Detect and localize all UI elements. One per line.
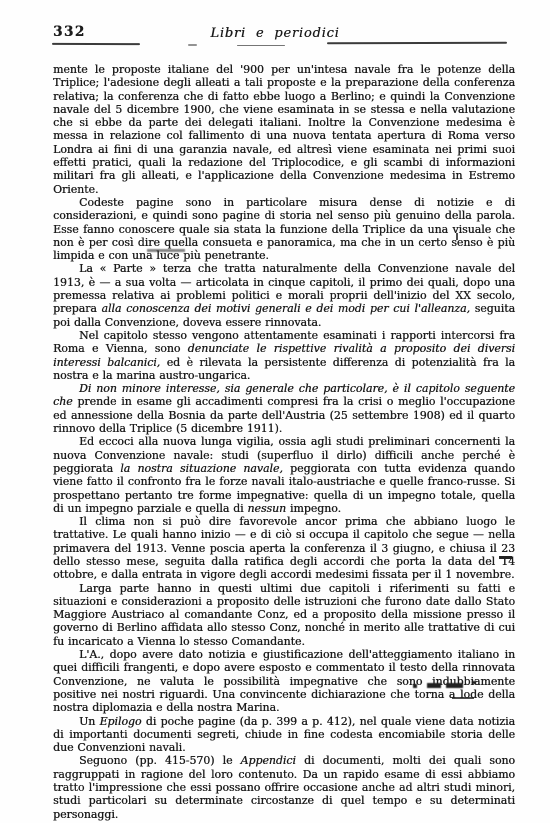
paragraph-text: Larga parte hanno in questi ultimi due c… xyxy=(53,582,515,648)
scan-artifact-overline xyxy=(452,697,474,699)
scan-artifact-dot xyxy=(413,684,417,688)
paragraph-text: Epilogo xyxy=(99,715,141,728)
paragraph: Il clima non si può dire favorevole anco… xyxy=(53,515,515,581)
paragraph-text: impegno. xyxy=(286,502,341,515)
paragraph: Nel capitolo stesso vengono attentamente… xyxy=(53,329,515,382)
scan-artifact-smear xyxy=(147,249,185,252)
paragraph-text: Un xyxy=(79,715,99,728)
paragraph-text: nessun xyxy=(247,502,286,515)
header-title-underline xyxy=(237,45,285,46)
paragraph-text: la nostra situazione navale, xyxy=(120,462,283,475)
page-body: mente le proposte italiane del '900 per … xyxy=(53,63,515,821)
paragraph-text: prende in esame gli accadimenti compresi… xyxy=(53,395,515,435)
paragraph: Ed eccoci alla nuova lunga vigilia, ossi… xyxy=(53,435,515,515)
running-header-title: Libri e periodici xyxy=(0,26,550,41)
header-rule-right xyxy=(327,42,507,44)
paragraph-text: Appendici xyxy=(241,754,296,767)
paragraph-text: alla conoscenza dei motivi generali e de… xyxy=(101,302,470,315)
paragraph: Seguono (pp. 415-570) le Appendici di do… xyxy=(53,754,515,820)
paragraph-text: L'A., dopo avere dato notizia e giustifi… xyxy=(53,648,515,714)
scan-artifact-bar xyxy=(427,683,441,688)
paragraph: Di non minore interesse, sia generale ch… xyxy=(53,382,515,435)
paragraph: mente le proposte italiane del '900 per … xyxy=(53,63,515,196)
paragraph-text: Codeste pagine sono in particolare misur… xyxy=(53,196,515,262)
header-rule-dash xyxy=(188,44,197,46)
paragraph: La « Parte » terza che tratta naturalmen… xyxy=(53,262,515,328)
scan-artifact-bar xyxy=(446,683,463,688)
paragraph: L'A., dopo avere dato notizia e giustifi… xyxy=(53,648,515,714)
paragraph-text: Seguono (pp. 415-570) le xyxy=(79,754,241,767)
header-rule-left xyxy=(52,43,140,45)
paragraph-text: Il clima non si può dire favorevole anco… xyxy=(53,515,515,581)
scan-artifact-dash xyxy=(499,556,512,559)
paragraph: Un Epilogo di poche pagine (da p. 399 a … xyxy=(53,715,515,755)
paragraph: Larga parte hanno in questi ultimi due c… xyxy=(53,582,515,648)
scan-artifact-tick xyxy=(456,233,458,240)
paragraph-text: mente le proposte italiane del '900 per … xyxy=(53,63,515,196)
scanned-book-page: 332 Libri e periodici mente le proposte … xyxy=(0,0,550,823)
paragraph: Codeste pagine sono in particolare misur… xyxy=(53,196,515,262)
scan-artifact-dot xyxy=(472,681,476,684)
